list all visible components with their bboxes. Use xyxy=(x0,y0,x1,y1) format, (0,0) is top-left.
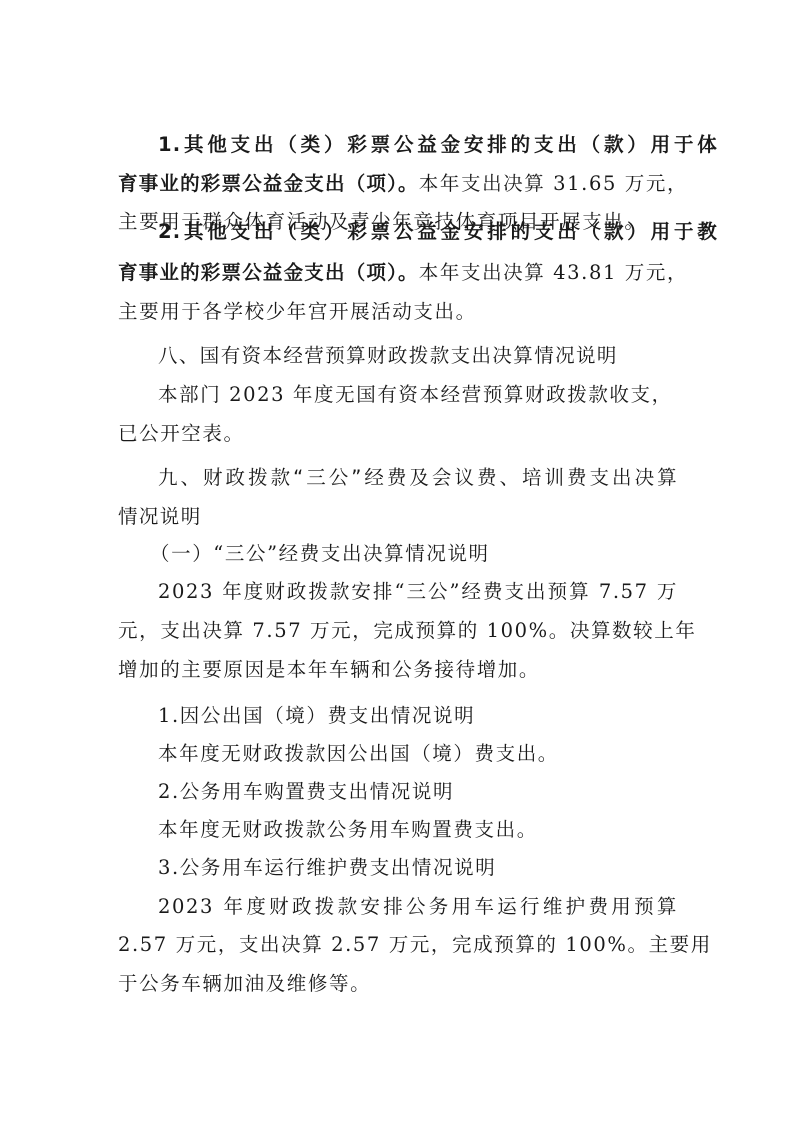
point-3-heading: 3.公务用车运行维护费支出情况说明 xyxy=(158,854,718,882)
section-9-heading-line2: 情况说明 xyxy=(118,503,678,531)
point-3-body-line1: 2023 年度财政拨款安排公务用车运行维护费用预算 xyxy=(158,893,678,921)
item-2-title-line1: 2.其他支出（类）彩票公益金安排的支出（款）用于教 xyxy=(158,218,718,246)
item-1-amount: 本年支出决算 31.65 万元， xyxy=(419,172,688,195)
section-8-body-line2: 已公开空表。 xyxy=(118,420,678,448)
section-9-heading-line1: 九、财政拨款“三公”经费及会议费、培训费支出决算 xyxy=(158,464,678,492)
point-3-body-line2: 2.57 万元，支出决算 2.57 万元，完成预算的 100%。主要用 xyxy=(118,931,678,959)
section-9-sub1-heading: （一）“三公”经费支出决算情况说明 xyxy=(150,540,710,568)
item-2-title: 2.其他支出（类）彩票公益金安排的支出（款）用于教 xyxy=(158,220,718,243)
item-2-amount: 本年支出决算 43.81 万元， xyxy=(419,261,688,284)
point-3-body-line3: 于公务车辆加油及维修等。 xyxy=(118,970,678,998)
item-1-line2: 育事业的彩票公益金支出（项）。本年支出决算 31.65 万元， xyxy=(118,170,678,198)
item-2-description: 主要用于各学校少年宫开展活动支出。 xyxy=(118,298,678,326)
document-page: 1.其他支出（类）彩票公益金安排的支出（款）用于体 育事业的彩票公益金支出（项）… xyxy=(0,0,793,1122)
item-1-title-cont: 育事业的彩票公益金支出（项）。 xyxy=(118,172,419,195)
point-1-heading: 1.因公出国（境）费支出情况说明 xyxy=(158,702,718,730)
item-1-title: 1.其他支出（类）彩票公益金安排的支出（款）用于体 xyxy=(158,133,718,156)
item-1-title-line1: 1.其他支出（类）彩票公益金安排的支出（款）用于体 xyxy=(158,131,718,159)
section-8-body-line1: 本部门 2023 年度无国有资本经营预算财政拨款收支， xyxy=(158,381,678,409)
point-2-body: 本年度无财政拨款公务用车购置费支出。 xyxy=(158,816,718,844)
sub1-body-line3: 增加的主要原因是本年车辆和公务接待增加。 xyxy=(118,656,678,684)
sub1-body-line2: 元，支出决算 7.57 万元，完成预算的 100%。决算数较上年 xyxy=(118,617,678,645)
section-8-heading: 八、国有资本经营预算财政拨款支出决算情况说明 xyxy=(158,342,718,370)
point-2-heading: 2.公务用车购置费支出情况说明 xyxy=(158,778,718,806)
item-2-title-cont: 育事业的彩票公益金支出（项）。 xyxy=(118,261,419,284)
item-2-line2: 育事业的彩票公益金支出（项）。本年支出决算 43.81 万元， xyxy=(118,259,678,287)
sub1-body-line1: 2023 年度财政拨款安排“三公”经费支出预算 7.57 万 xyxy=(158,578,678,606)
point-1-body: 本年度无财政拨款因公出国（境）费支出。 xyxy=(158,740,718,768)
